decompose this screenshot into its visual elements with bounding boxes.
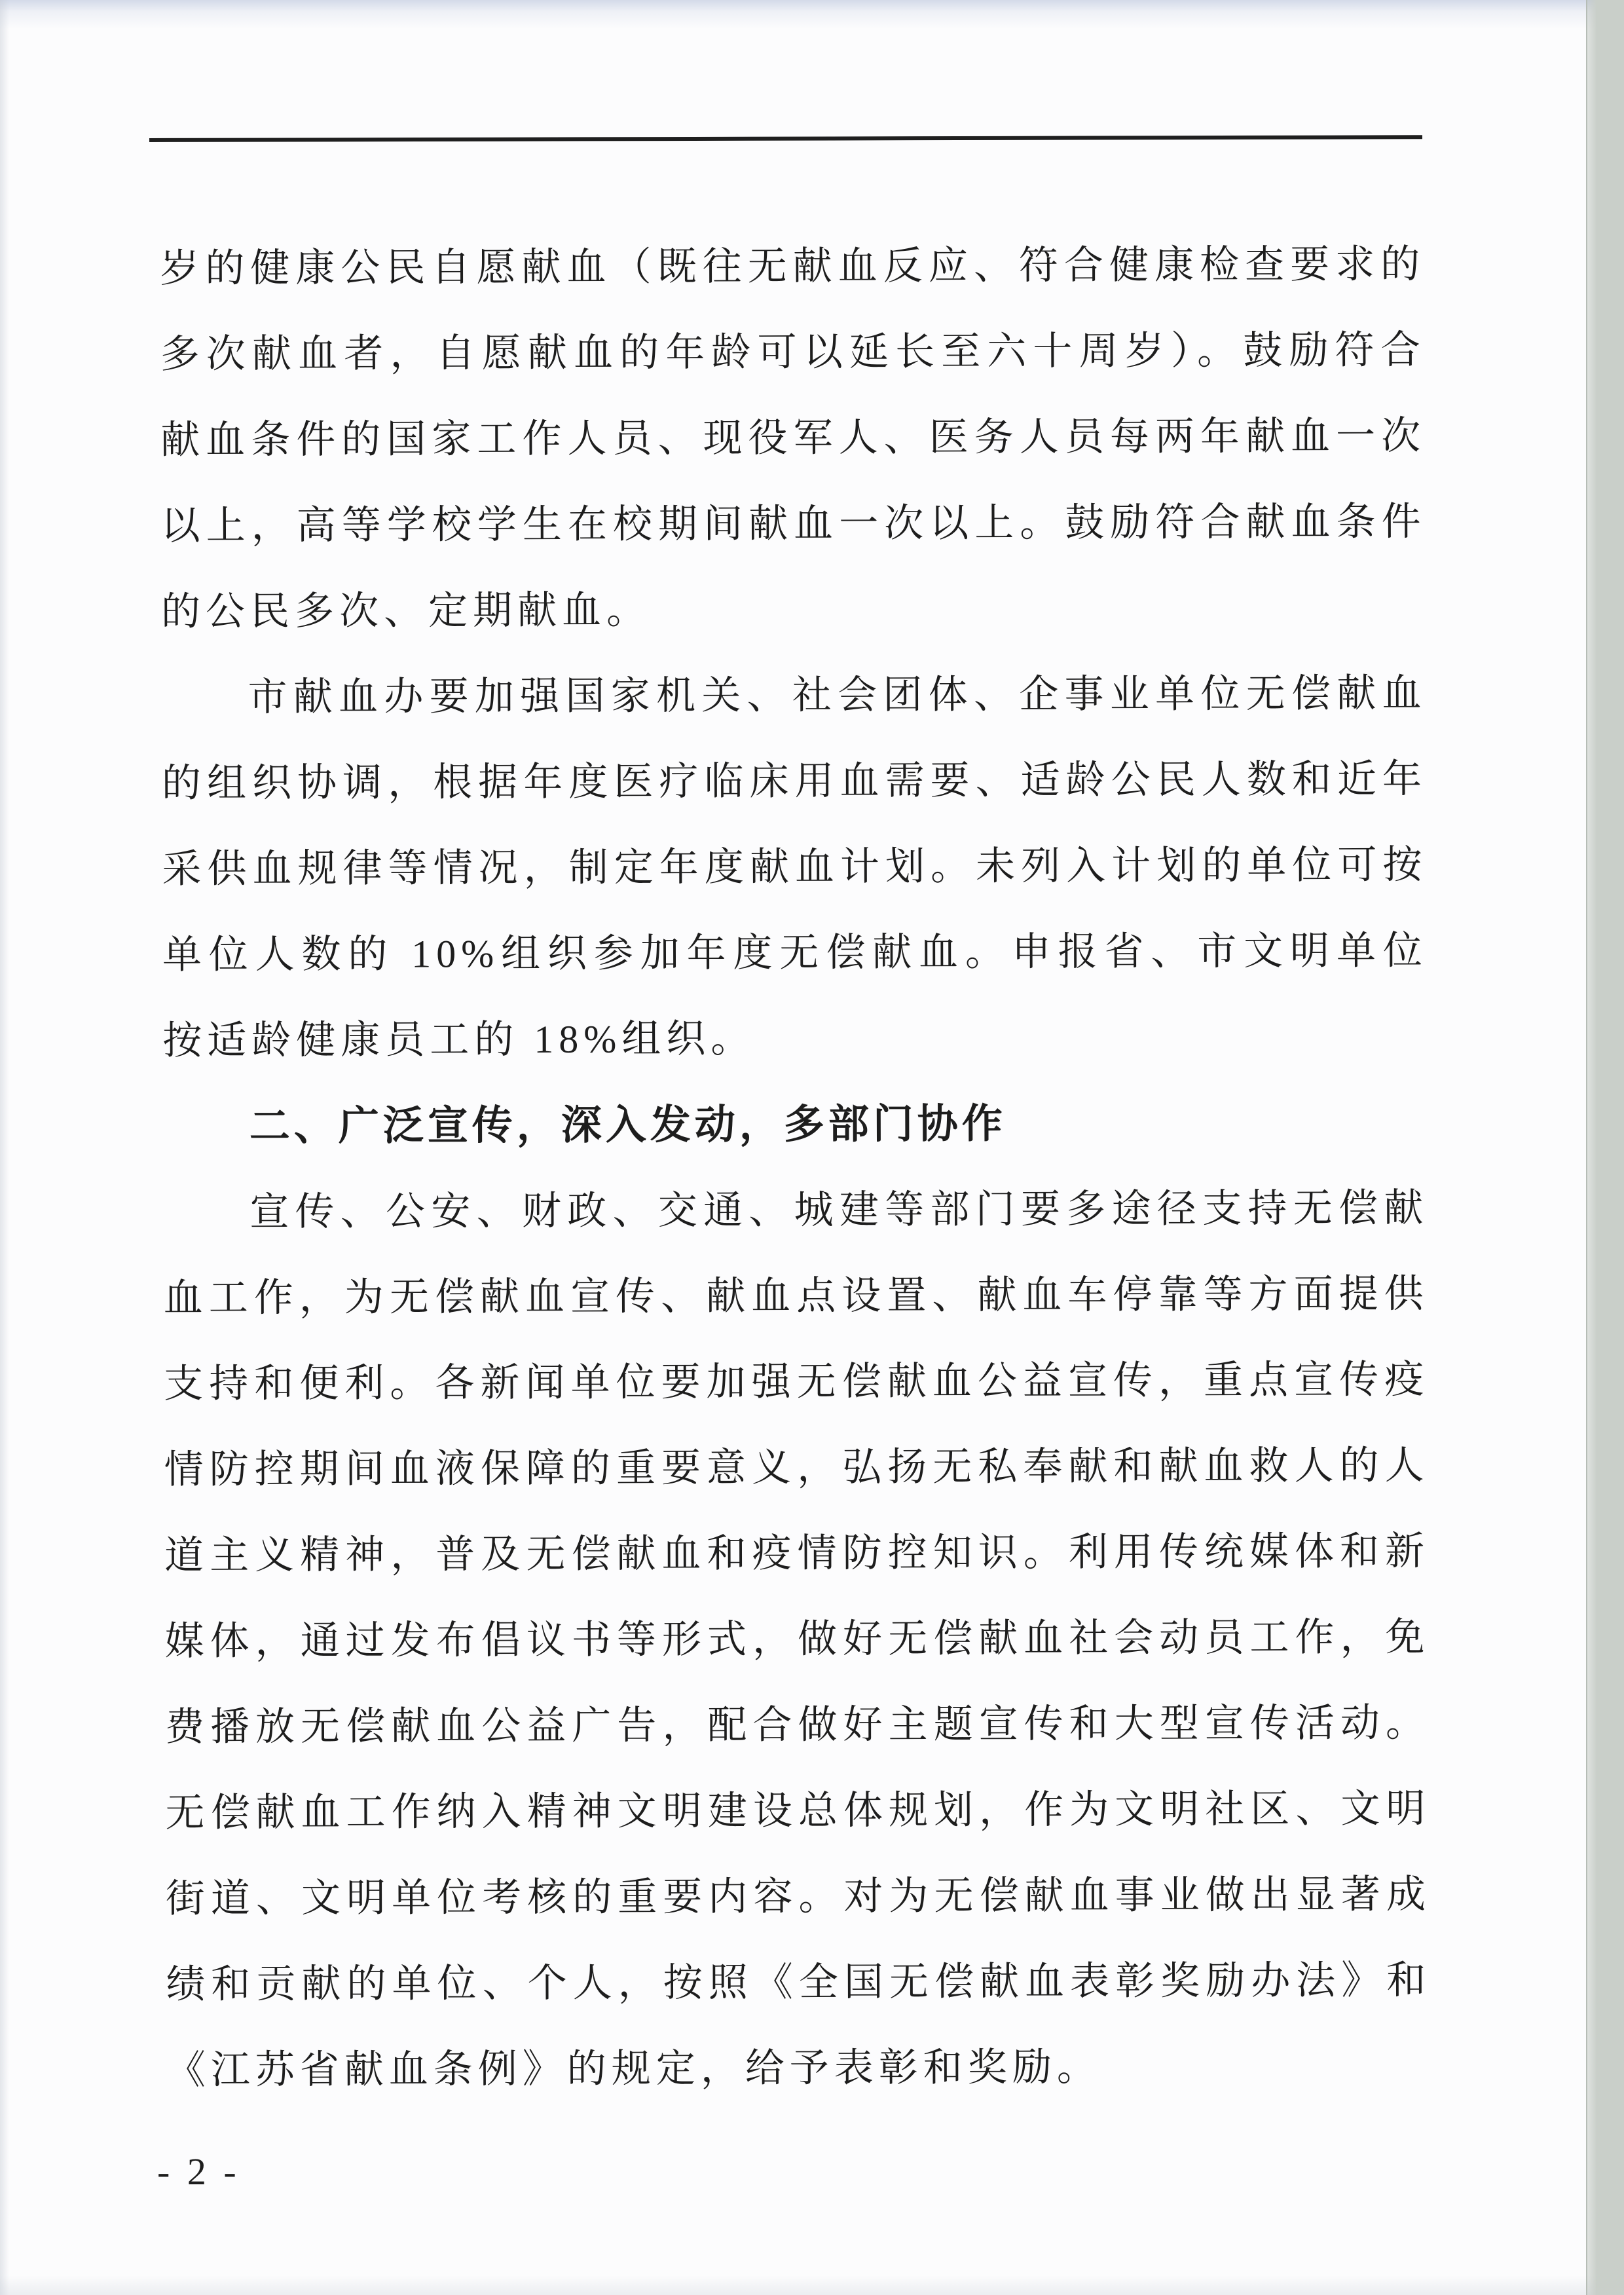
document-body: 岁的健康公民自愿献血（既往无献血反应、符合健康检查要求的多次献血者，自愿献血的年… bbox=[160, 221, 1431, 2114]
text-line: 血工作，为无偿献血宣传、献血点设置、献血车停靠等方面提供 bbox=[163, 1251, 1428, 1341]
text-line: 以上，高等学校学生在校期间献血一次以上。鼓励符合献血条件 bbox=[160, 479, 1426, 569]
text-line: 市献血办要加强国家机关、社会团体、企事业单位无偿献血 bbox=[161, 650, 1426, 741]
document-page: 岁的健康公民自愿献血（既往无献血反应、符合健康检查要求的多次献血者，自愿献血的年… bbox=[0, 0, 1624, 2295]
text-line: 支持和便利。各新闻单位要加强无偿献血公益宣传，重点宣传疫 bbox=[164, 1337, 1429, 1427]
section-heading: 二、广泛宣传，深入发动，多部门协作 bbox=[163, 1079, 1428, 1170]
text-line: 媒体，通过发布倡议书等形式，做好无偿献血社会动员工作，免 bbox=[164, 1594, 1430, 1685]
text-line: 道主义精神，普及无偿献血和疫情防控知识。利用传统媒体和新 bbox=[164, 1508, 1430, 1599]
text-line: 无偿献血工作纳入精神文明建设总体规划，作为文明社区、文明 bbox=[165, 1766, 1430, 1856]
scan-edge-left bbox=[0, 0, 9, 2295]
page-number: - 2 - bbox=[157, 2150, 240, 2193]
text-line: 单位人数的 10%组织参加年度无偿献血。申报省、市文明单位的， bbox=[162, 908, 1428, 998]
text-line: 街道、文明单位考核的重要内容。对为无偿献血事业做出显著成 bbox=[166, 1852, 1431, 1942]
scan-edge-bottom bbox=[0, 2275, 1624, 2295]
scan-edge-right bbox=[1586, 0, 1624, 2295]
scan-edge-top bbox=[0, 0, 1624, 29]
text-line: 费播放无偿献血公益广告，配合做好主题宣传和大型宣传活动。 bbox=[165, 1680, 1430, 1770]
text-line: 情防控期间血液保障的重要意义，弘扬无私奉献和献血救人的人 bbox=[164, 1423, 1429, 1513]
text-line: 绩和贡献的单位、个人，按照《全国无偿献血表彰奖励办法》和 bbox=[166, 1937, 1431, 2028]
text-line: 献血条件的国家工作人员、现役军人、医务人员每两年献血一次 bbox=[160, 393, 1426, 483]
text-line: 岁的健康公民自愿献血（既往无献血反应、符合健康检查要求的 bbox=[160, 221, 1425, 312]
text-line: 按适龄健康员工的 18%组织。 bbox=[162, 994, 1428, 1084]
header-rule bbox=[149, 135, 1422, 142]
text-line: 采供血规律等情况，制定年度献血计划。未列入计划的单位可按 bbox=[162, 822, 1427, 912]
text-line: 的组织协调，根据年度医疗临床用血需要、适龄公民人数和近年 bbox=[162, 736, 1427, 827]
text-line: 的公民多次、定期献血。 bbox=[161, 565, 1426, 655]
text-line: 宣传、公安、财政、交通、城建等部门要多途径支持无偿献 bbox=[163, 1165, 1428, 1256]
text-line: 多次献血者，自愿献血的年龄可以延长至六十周岁）。鼓励符合 bbox=[160, 307, 1425, 398]
text-line: 《江苏省献血条例》的规定，给予表彰和奖励。 bbox=[166, 2023, 1431, 2114]
